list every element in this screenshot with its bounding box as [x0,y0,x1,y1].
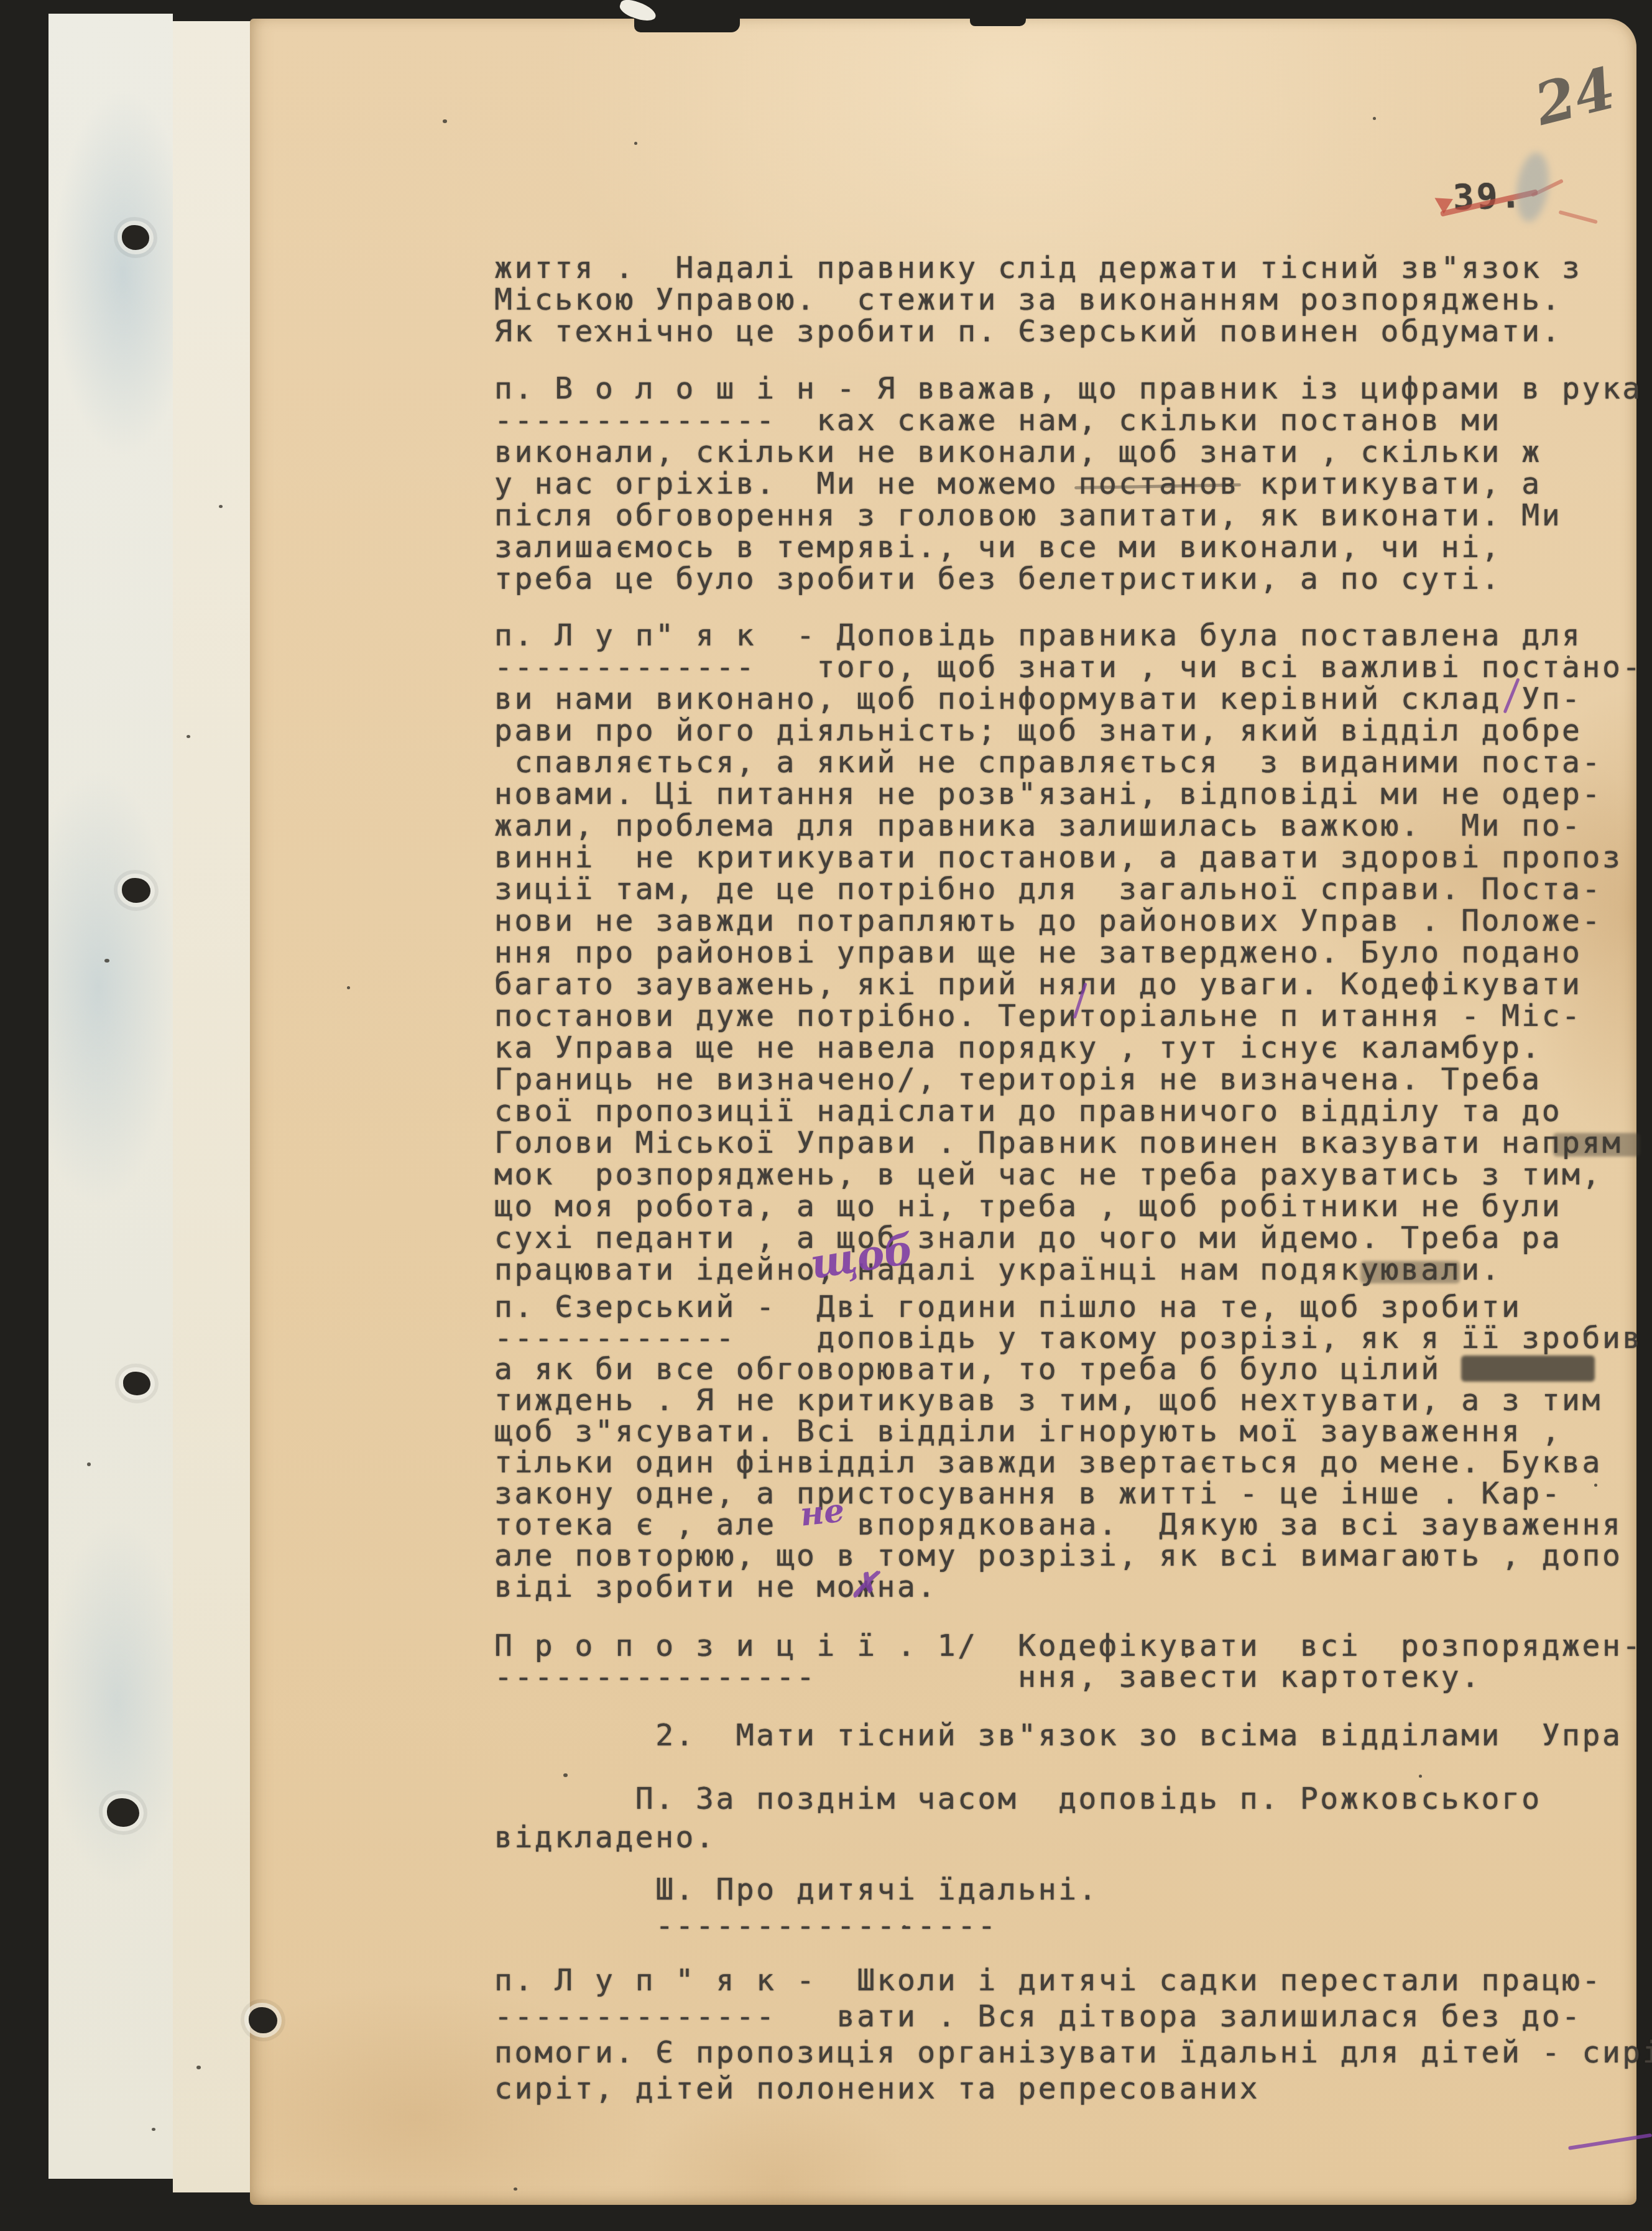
red-tick-mark-2 [1558,210,1597,224]
purple-cross-mozhna: ✗ [849,1564,879,1605]
annotation-layer: 2439.щобне✗ [0,0,1652,2231]
purple-inserted-ne: не [798,1492,846,1534]
overtype-smudge-tyzhden [1461,1356,1595,1382]
scanned-document: життя . Надалі правнику слід держати тіс… [0,0,1652,2231]
overtype-smudge-podiakuvaly [1360,1261,1460,1283]
purple-slash-pytannia [1073,982,1087,1019]
pencil-folio-number: 24 [1528,54,1622,139]
overtype-smudge-napriam [1553,1133,1640,1157]
purple-inserted-shchob: щоб [807,1224,917,1288]
ink-strike-postanov [1074,483,1241,489]
purple-strike-syri [1568,2133,1652,2150]
purple-slash-uprava [1503,678,1520,714]
